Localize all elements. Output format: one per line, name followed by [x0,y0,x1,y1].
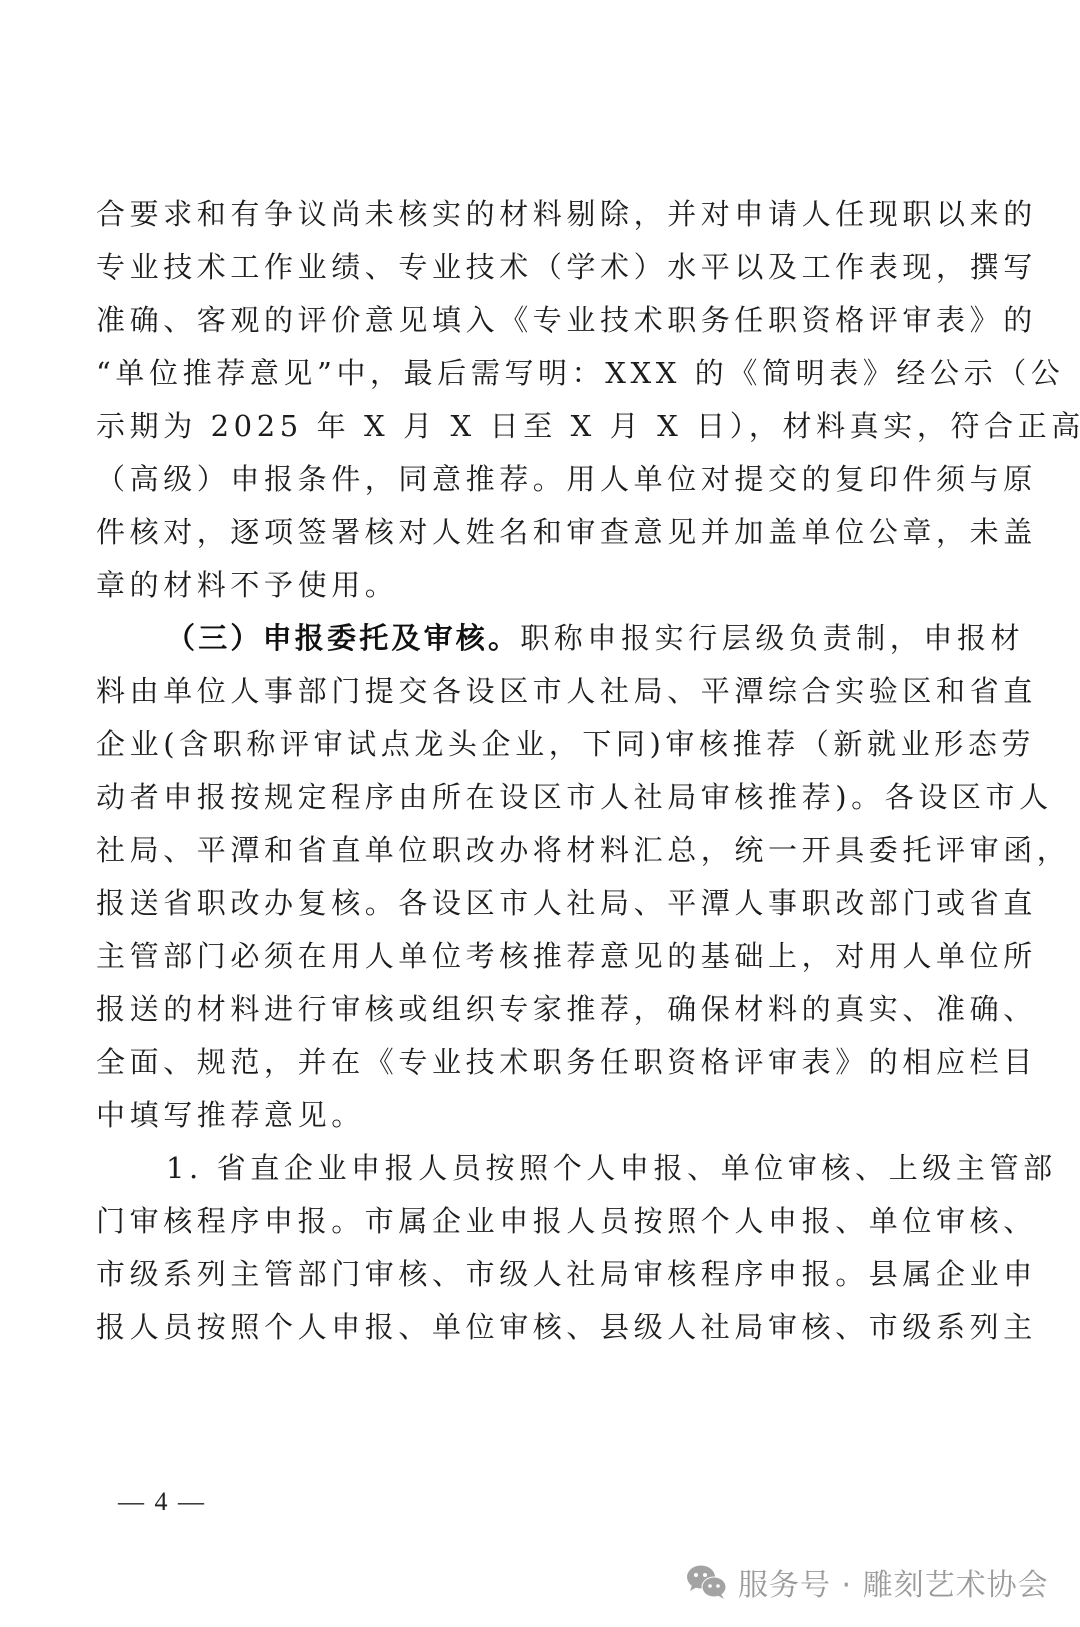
text-line: 专业技术工作业绩、专业技术（学术）水平以及工作表现，撰写 [96,241,936,294]
page-number: — 4 — [118,1487,206,1517]
text-line: 社局、平潭和省直单位职改办将材料汇总，统一开具委托评审函， [96,824,936,877]
text-line: 料由单位人事部门提交各设区市人社局、平潭综合实验区和省直 [96,665,936,718]
text-line: 主管部门必须在用人单位考核推荐意见的基础上，对用人单位所 [96,930,936,983]
text-line: “单位推荐意见”中，最后需写明：XXX 的《简明表》经公示（公 [96,347,936,400]
text-line: 合要求和有争议尚未核实的材料剔除，并对申请人任现职以来的 [96,188,936,241]
text-line: 件核对，逐项签署核对人姓名和审查意见并加盖单位公章，未盖 [96,506,936,559]
text-line: （高级）申报条件，同意推荐。用人单位对提交的复印件须与原 [96,453,936,506]
text-line: 示期为 2025 年 X 月 X 日至 X 月 X 日），材料真实，符合正高级 [96,400,936,453]
text-line: 报人员按照个人申报、单位审核、县级人社局审核、市级系列主 [96,1301,936,1354]
text-line: 准确、客观的评价意见填入《专业技术职务任职资格评审表》的 [96,294,936,347]
text-line: 报送的材料进行审核或组织专家推荐，确保材料的真实、准确、 [96,983,936,1036]
wechat-icon [686,1564,728,1600]
text-line: 门审核程序申报。市属企业申报人员按照个人申报、单位审核、 [96,1195,936,1248]
section-heading-text: 职称申报实行层级负责制，申报材 [520,621,1024,655]
text-line: 市级系列主管部门审核、市级人社局审核程序申报。县属企业申 [96,1248,936,1301]
text-line: 中填写推荐意见。 [96,1089,936,1142]
text-line: 报送省职改办复核。各设区市人社局、平潭人事职改部门或省直 [96,877,936,930]
text-line: 章的材料不予使用。 [96,559,936,612]
text-line: 全面、规范，并在《专业技术职务任职资格评审表》的相应栏目 [96,1036,936,1089]
section-heading-line: （三）申报委托及审核。职称申报实行层级负责制，申报材 [96,612,936,665]
section-heading: （三）申报委托及审核。 [166,621,520,655]
document-page: 合要求和有争议尚未核实的材料剔除，并对申请人任现职以来的 专业技术工作业绩、专业… [0,0,1080,1627]
watermark: 服务号 · 雕刻艺术协会 [686,1560,1049,1604]
document-body: 合要求和有争议尚未核实的材料剔除，并对申请人任现职以来的 专业技术工作业绩、专业… [96,188,936,1354]
text-line: 动者申报按规定程序由所在设区市人社局审核推荐)。各设区市人 [96,771,936,824]
text-line: 企业(含职称评审试点龙头企业，下同)审核推荐（新就业形态劳 [96,718,936,771]
watermark-text: 服务号 · 雕刻艺术协会 [738,1560,1049,1604]
numbered-item-line: 1. 省直企业申报人员按照个人申报、单位审核、上级主管部 [96,1142,936,1195]
